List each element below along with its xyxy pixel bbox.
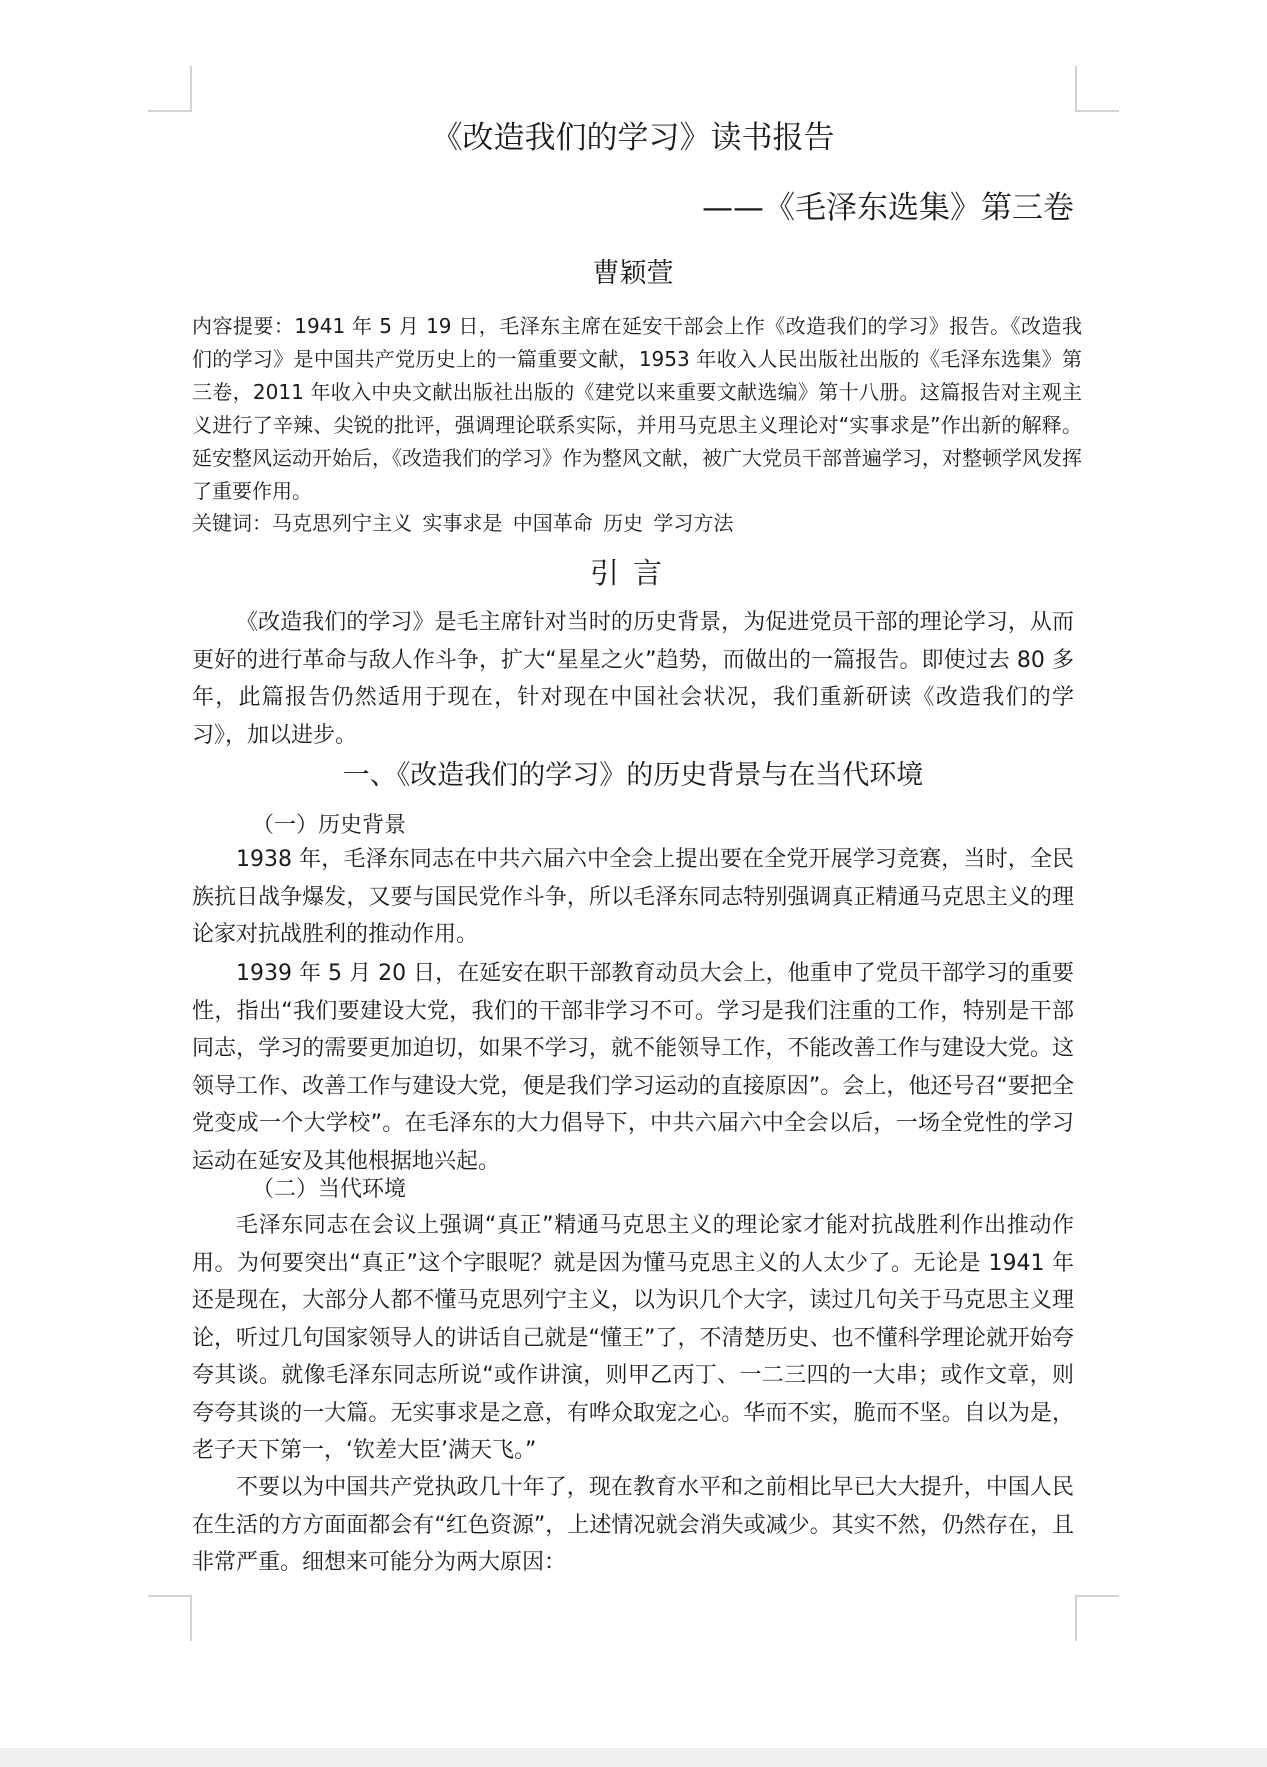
section-heading: 一、《改造我们的学习》的历史背景与在当代环境	[192, 756, 1074, 796]
margin-corner-mark-bottom-right	[1075, 1595, 1119, 1641]
abstract-label: 内容提要：	[192, 314, 294, 338]
paragraph: 毛泽东同志在会议上强调“真正”精通马克思主义的理论家才能对抗战胜利作出推动作用。…	[192, 1207, 1074, 1470]
document-title: 《改造我们的学习》读书报告	[192, 118, 1074, 158]
document-subtitle: ——《毛泽东选集》第三卷	[702, 188, 1074, 228]
author-name: 曹颖萱	[192, 256, 1074, 292]
viewer-background-strip	[0, 1748, 1267, 1767]
margin-corner-mark-top-left	[148, 66, 192, 112]
subsection-heading-history: （一）历史背景	[252, 808, 406, 844]
document-page: 《改造我们的学习》读书报告 ——《毛泽东选集》第三卷 曹颖萱 内容提要：1941…	[0, 0, 1267, 1748]
keywords: 关键词：马克思列宁主义 实事求是 中国革命 历史 学习方法	[192, 508, 733, 538]
intro-paragraph: 《改造我们的学习》是毛主席针对当时的历史背景，为促进党员干部的理论学习，从而更好…	[192, 604, 1074, 754]
keywords-text: 马克思列宁主义 实事求是 中国革命 历史 学习方法	[272, 511, 733, 535]
paragraph: 不要以为中国共产党执政几十年了，现在教育水平和之前相比早已大大提升，中国人民在生…	[192, 1469, 1074, 1582]
abstract-text: 1941 年 5 月 19 日，毛泽东主席在延安干部会上作《改造我们的学习》报告…	[192, 314, 1082, 503]
paragraph: 1939 年 5 月 20 日，在延安在职干部教育动员大会上，他重申了党员干部学…	[192, 955, 1074, 1180]
abstract: 内容提要：1941 年 5 月 19 日，毛泽东主席在延安干部会上作《改造我们的…	[192, 310, 1082, 508]
margin-corner-mark-top-right	[1075, 66, 1119, 112]
paragraph: 1938 年，毛泽东同志在中共六届六中全会上提出要在全党开展学习竞赛，当时，全民…	[192, 841, 1074, 954]
intro-heading: 引言	[192, 553, 1074, 593]
subsection-heading-contemporary: （二）当代环境	[252, 1172, 406, 1208]
keywords-label: 关键词：	[192, 511, 272, 535]
margin-corner-mark-bottom-left	[148, 1595, 192, 1641]
